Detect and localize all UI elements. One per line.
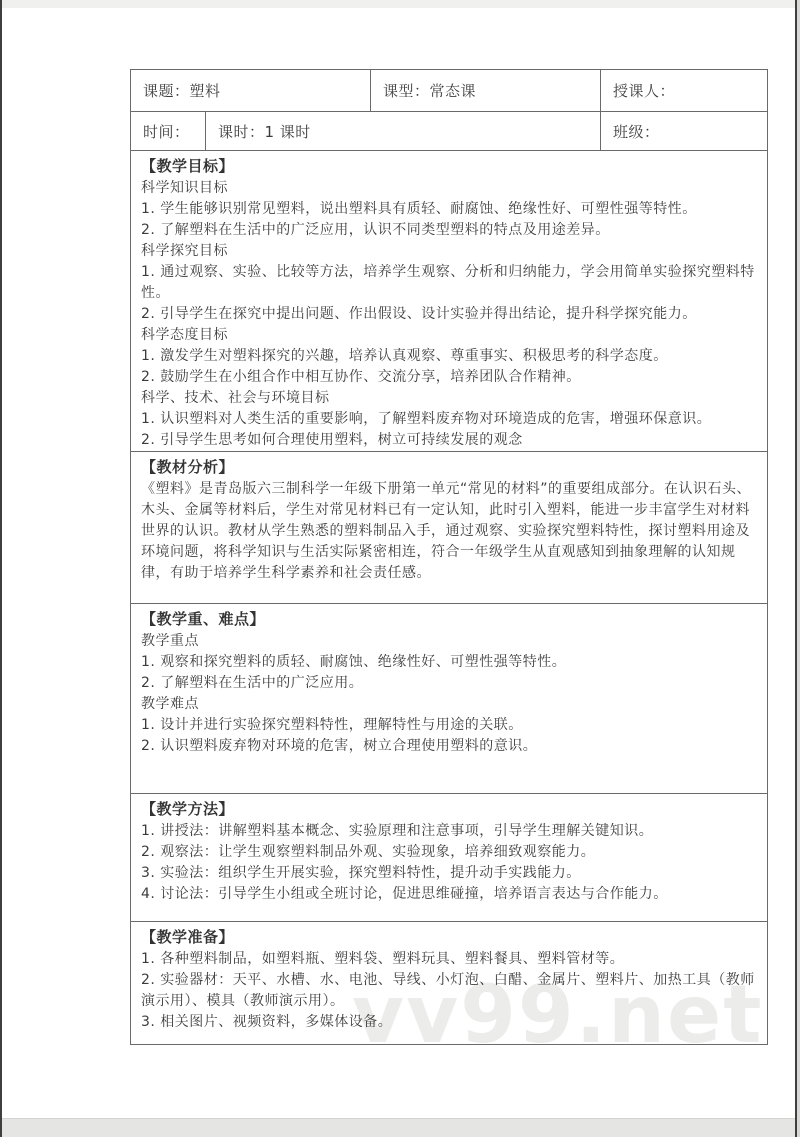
page-right-edge [795,0,797,1137]
text-line: 2. 认识塑料废弃物对环境的危害，树立合理使用塑料的意识。 [141,736,757,757]
page-left-edge [0,0,2,1137]
section-title: 【教学重、难点】 [141,608,757,631]
page-top-margin [0,0,800,8]
document-page: { "watermark": "vv99.net", "info_table":… [0,0,800,1137]
header-row-1: 课题：塑料 课型：常态课 授课人： [131,70,767,112]
section-body: 《塑料》是青岛版六三制科学一年级下册第一单元“常见的材料”的重要组成部分。在认识… [141,479,757,584]
time-cell: 时间： [131,112,206,150]
sections: 【教学目标】 科学知识目标1. 学生能够识别常见塑料，说出塑料具有质轻、耐腐蚀、… [131,151,767,1044]
text-line: 3. 相关图片、视频资料，多媒体设备。 [141,1012,757,1033]
section-body: 1. 讲授法：讲解塑料基本概念、实验原理和注意事项，引导学生理解关键知识。2. … [141,821,757,905]
period-cell: 课时：1 课时 [206,112,601,150]
text-line: 《塑料》是青岛版六三制科学一年级下册第一单元“常见的材料”的重要组成部分。在认识… [141,479,757,584]
text-line: 1. 各种塑料制品，如塑料瓶、塑料袋、塑料玩具、塑料餐具、塑料管材等。 [141,949,757,970]
section-title: 【教学准备】 [141,926,757,949]
text-line: 1. 设计并进行实验探究塑料特性，理解特性与用途的关联。 [141,715,757,736]
text-line: 2. 了解塑料在生活中的广泛应用。 [141,673,757,694]
text-line: 2. 鼓励学生在小组合作中相互协作、交流分享，培养团队合作精神。 [141,367,757,388]
section-title: 【教学方法】 [141,798,757,821]
text-line: 1. 讲授法：讲解塑料基本概念、实验原理和注意事项，引导学生理解关键知识。 [141,821,757,842]
text-line: 1. 学生能够识别常见塑料，说出塑料具有质轻、耐腐蚀、绝缘性好、可塑性强等特性。 [141,199,757,220]
text-line: 1. 通过观察、实验、比较等方法，培养学生观察、分析和归纳能力，学会用简单实验探… [141,262,757,304]
text-line: 教学难点 [141,694,757,715]
course-type-cell: 课型：常态课 [371,70,601,111]
text-line: 1. 认识塑料对人类生活的重要影响，了解塑料废弃物对环境造成的危害，增强环保意识… [141,409,757,430]
table-section: 【教学重、难点】 教学重点1. 观察和探究塑料的质轻、耐腐蚀、绝缘性好、可塑性强… [131,604,767,794]
text-line: 3. 实验法：组织学生开展实验，探究塑料特性，提升动手实践能力。 [141,863,757,884]
section-title: 【教学目标】 [141,155,757,178]
course-title-cell: 课题：塑料 [131,70,371,111]
section-body: 教学重点1. 观察和探究塑料的质轻、耐腐蚀、绝缘性好、可塑性强等特性。2. 了解… [141,631,757,757]
text-line: 科学态度目标 [141,325,757,346]
section-title: 【教材分析】 [141,456,757,479]
lesson-plan-table: 课题：塑料 课型：常态课 授课人： 时间： 课时：1 课时 班级： 【教学目标】… [130,69,768,1045]
text-line: 2. 引导学生思考如何合理使用塑料，树立可持续发展的观念 [141,430,757,451]
table-section: 【教学方法】 1. 讲授法：讲解塑料基本概念、实验原理和注意事项，引导学生理解关… [131,794,767,922]
header-row-2: 时间： 课时：1 课时 班级： [131,112,767,151]
instructor-cell: 授课人： [601,70,767,111]
text-line: 1. 激发学生对塑料探究的兴趣，培养认真观察、尊重事实、积极思考的科学态度。 [141,346,757,367]
text-line: 教学重点 [141,631,757,652]
text-line: 2. 了解塑料在生活中的广泛应用，认识不同类型塑料的特点及用途差异。 [141,220,757,241]
text-line: 2. 实验器材：天平、水槽、水、电池、导线、小灯泡、白醋、金属片、塑料片、加热工… [141,970,757,1012]
page-bottom-margin [0,1118,800,1137]
text-line: 4. 讨论法：引导学生小组或全班讨论，促进思维碰撞，培养语言表达与合作能力。 [141,884,757,905]
text-line: 2. 观察法：让学生观察塑料制品外观、实验现象，培养细致观察能力。 [141,842,757,863]
text-line: 2. 引导学生在探究中提出问题、作出假设、设计实验并得出结论，提升科学探究能力。 [141,304,757,325]
table-section: 【教学目标】 科学知识目标1. 学生能够识别常见塑料，说出塑料具有质轻、耐腐蚀、… [131,151,767,452]
text-line: 科学探究目标 [141,241,757,262]
class-cell: 班级： [601,112,767,150]
text-line: 1. 观察和探究塑料的质轻、耐腐蚀、绝缘性好、可塑性强等特性。 [141,652,757,673]
table-section: 【教学准备】 1. 各种塑料制品，如塑料瓶、塑料袋、塑料玩具、塑料餐具、塑料管材… [131,922,767,1044]
section-body: 1. 各种塑料制品，如塑料瓶、塑料袋、塑料玩具、塑料餐具、塑料管材等。2. 实验… [141,949,757,1033]
section-body: 科学知识目标1. 学生能够识别常见塑料，说出塑料具有质轻、耐腐蚀、绝缘性好、可塑… [141,178,757,451]
text-line: 科学、技术、社会与环境目标 [141,388,757,409]
text-line: 科学知识目标 [141,178,757,199]
table-section: 【教材分析】 《塑料》是青岛版六三制科学一年级下册第一单元“常见的材料”的重要组… [131,452,767,604]
